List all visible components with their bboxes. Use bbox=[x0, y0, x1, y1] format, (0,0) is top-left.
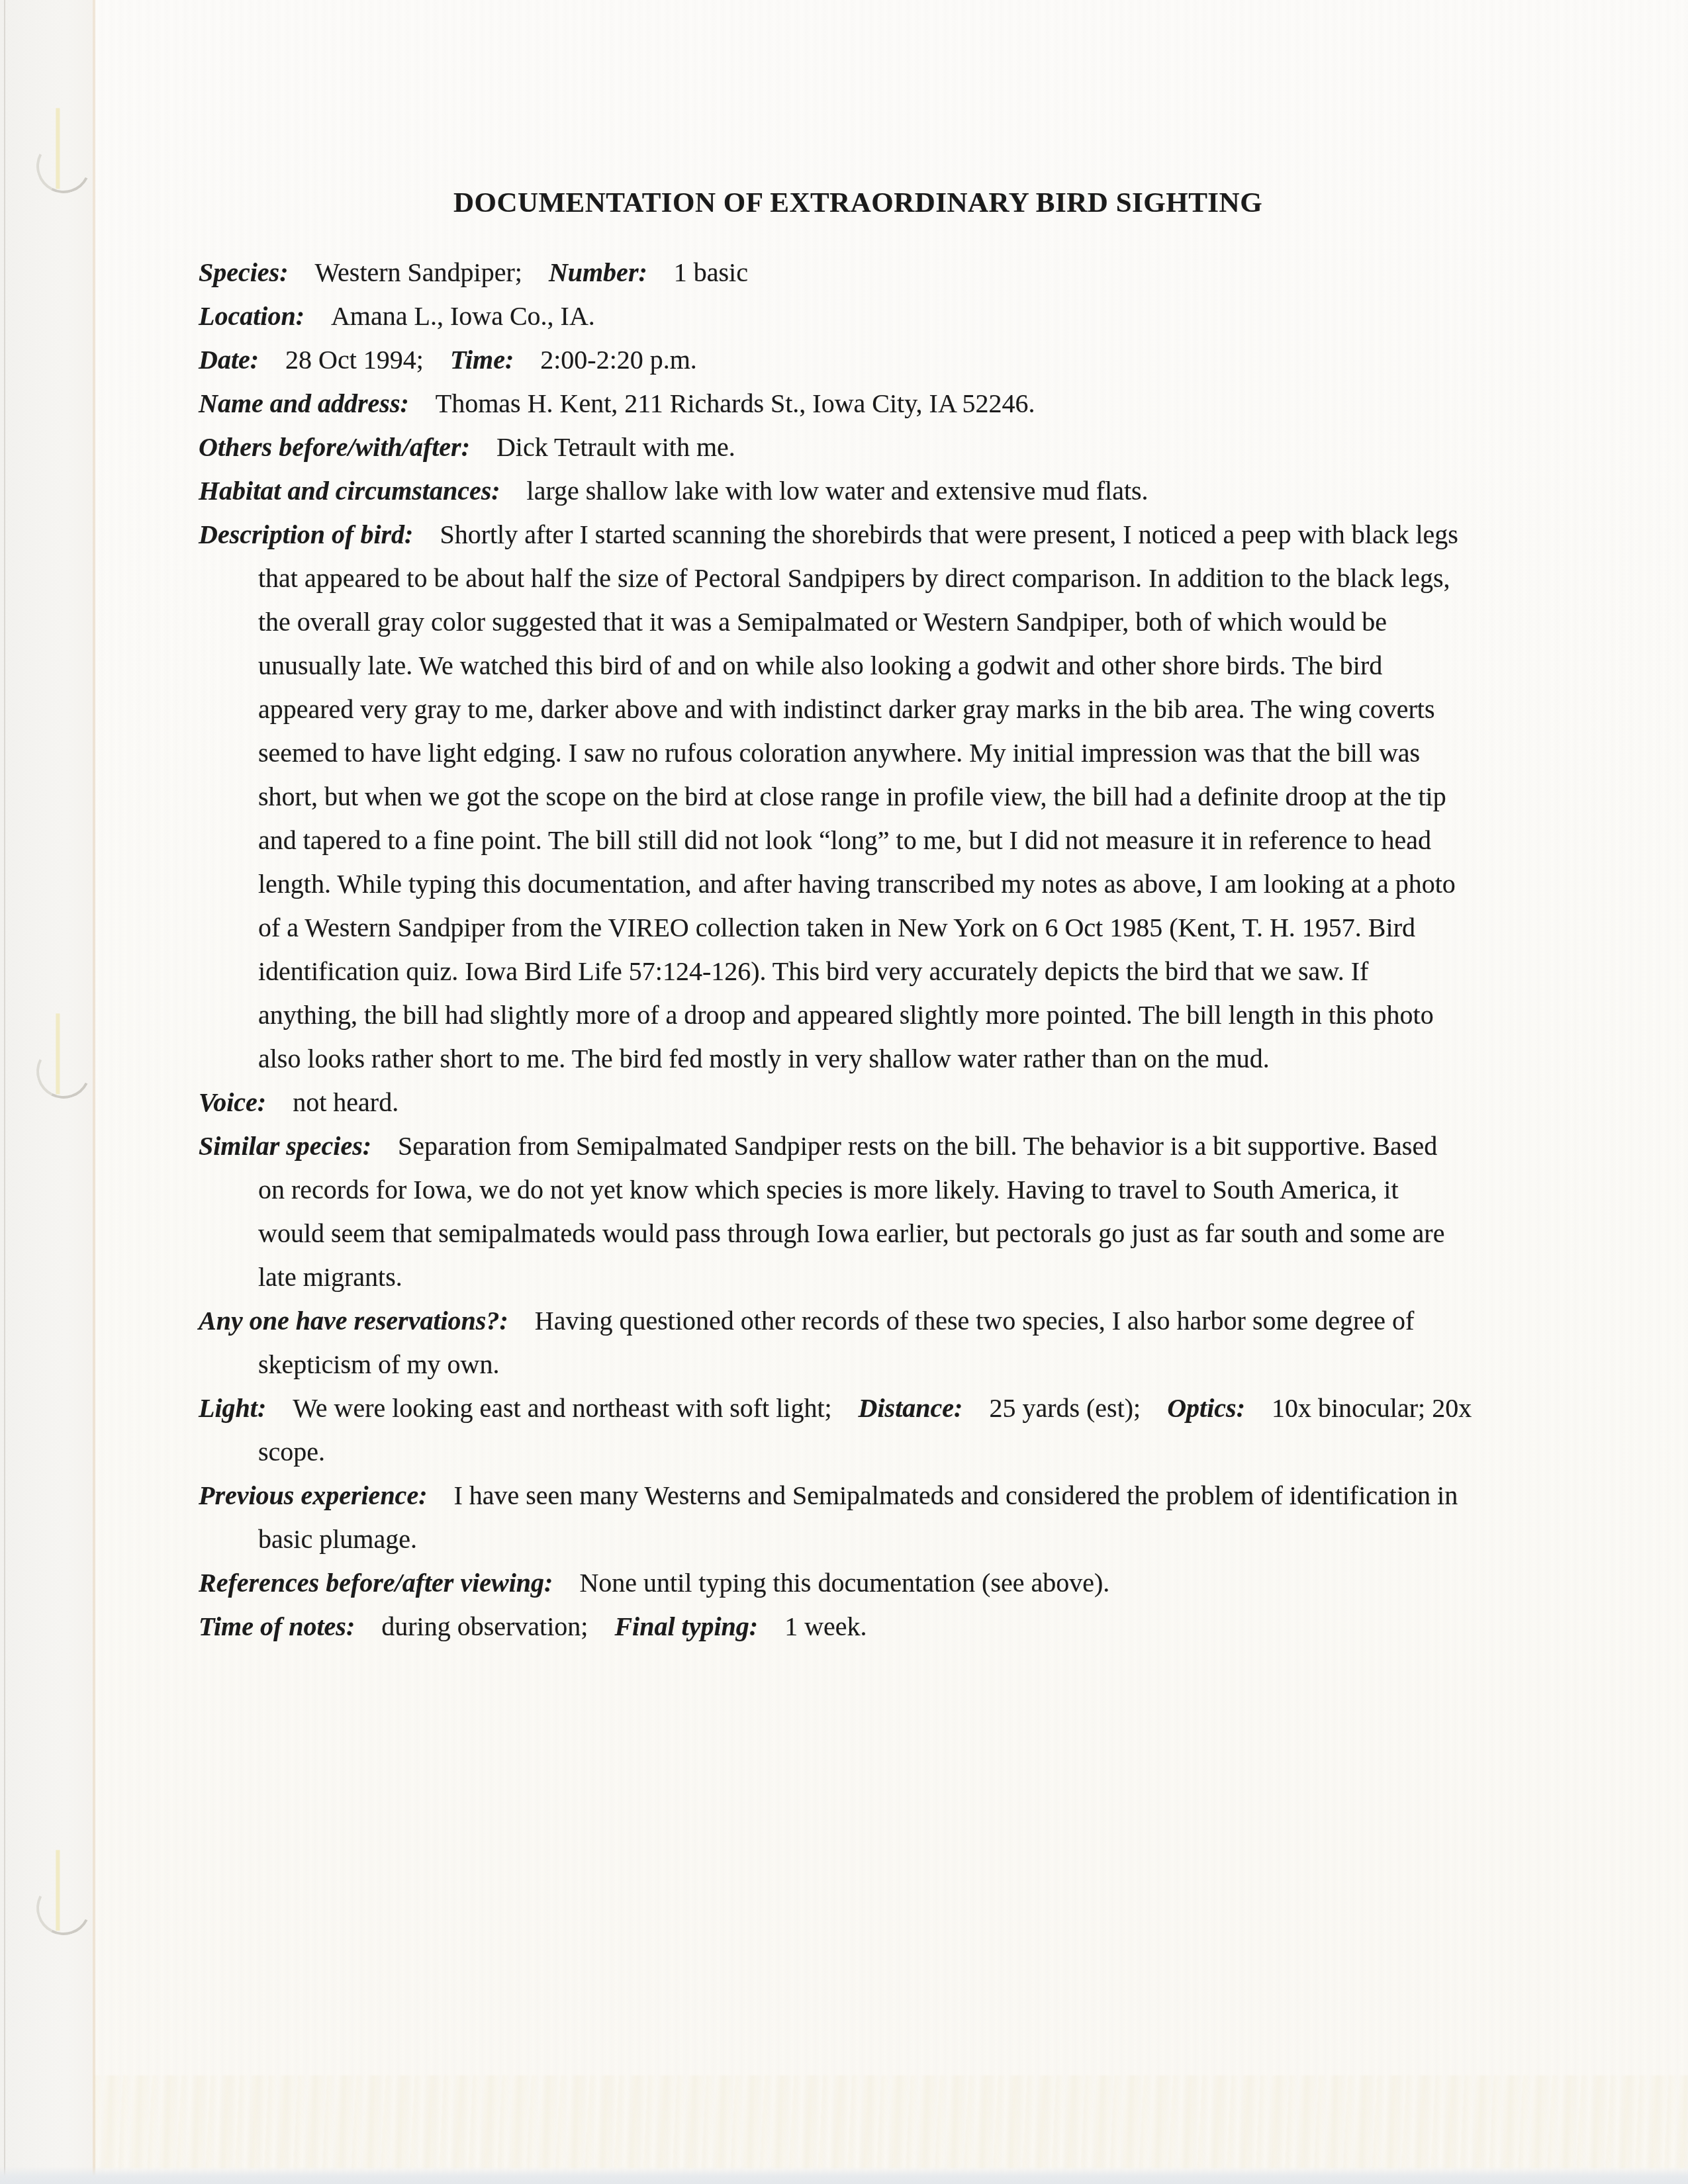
field-text: also looks rather short to me. The bird … bbox=[258, 1044, 1270, 1073]
text-line: Habitat and circumstances:large shallow … bbox=[199, 469, 1517, 513]
text-line: Any one have reservations?:Having questi… bbox=[199, 1299, 1517, 1343]
field: Date:28 Oct 1994;Time:2:00-2:20 p.m. bbox=[199, 338, 1517, 382]
field-text: during observation; bbox=[381, 1612, 588, 1641]
field-text: 1 week. bbox=[784, 1612, 867, 1641]
fields: Species:Western Sandpiper;Number:1 basic… bbox=[199, 251, 1517, 1649]
field-text: Thomas H. Kent, 211 Richards St., Iowa C… bbox=[436, 388, 1035, 418]
field-text: late migrants. bbox=[258, 1262, 402, 1292]
text-line: Previous experience:I have seen many Wes… bbox=[199, 1474, 1517, 1518]
field-text: and tapered to a fine point. The bill st… bbox=[258, 825, 1431, 855]
field-text: 1 basic bbox=[674, 257, 748, 287]
scan-edge-bottom bbox=[0, 2167, 1688, 2184]
text-line: length. While typing this documentation,… bbox=[199, 862, 1517, 906]
field-label: Time of notes: bbox=[199, 1612, 355, 1641]
field-label: Description of bird: bbox=[199, 520, 413, 549]
field-text: on records for Iowa, we do not yet know … bbox=[258, 1175, 1399, 1205]
field: Species:Western Sandpiper;Number:1 basic bbox=[199, 251, 1517, 295]
field-label: Number: bbox=[549, 257, 647, 287]
text-line: and tapered to a fine point. The bill st… bbox=[199, 819, 1517, 862]
text-line: identification quiz. Iowa Bird Life 57:1… bbox=[199, 950, 1517, 993]
field-label: Previous experience: bbox=[199, 1480, 427, 1510]
field-text: Dick Tetrault with me. bbox=[496, 432, 735, 462]
field-label: Name and address: bbox=[199, 388, 409, 418]
text-line: Location:Amana L., Iowa Co., IA. bbox=[199, 295, 1517, 338]
field-label: Time: bbox=[450, 345, 514, 375]
field: Any one have reservations?:Having questi… bbox=[199, 1299, 1517, 1387]
field: Description of bird:Shortly after I star… bbox=[199, 513, 1517, 1081]
field-label: Final typing: bbox=[614, 1612, 758, 1641]
scanned-page: DOCUMENTATION OF EXTRAORDINARY BIRD SIGH… bbox=[0, 0, 1688, 2184]
field-text: seemed to have light edging. I saw no ru… bbox=[258, 738, 1420, 768]
text-line: Others before/with/after:Dick Tetrault w… bbox=[199, 426, 1517, 469]
text-line: appeared very gray to me, darker above a… bbox=[199, 688, 1517, 731]
field-text: unusually late. We watched this bird of … bbox=[258, 651, 1382, 680]
text-line: basic plumage. bbox=[199, 1518, 1517, 1561]
text-line: Date:28 Oct 1994;Time:2:00-2:20 p.m. bbox=[199, 338, 1517, 382]
field-text: Amana L., Iowa Co., IA. bbox=[331, 301, 595, 331]
field-text: Western Sandpiper; bbox=[315, 257, 522, 287]
field-label: Species: bbox=[199, 257, 289, 287]
text-line: of a Western Sandpiper from the VIREO co… bbox=[199, 906, 1517, 950]
field-text: not heard. bbox=[293, 1087, 399, 1117]
field-text: would seem that semipalmateds would pass… bbox=[258, 1218, 1444, 1248]
field-label: References before/after viewing: bbox=[199, 1568, 553, 1598]
page-edge-line bbox=[93, 0, 95, 2184]
field-text: 2:00-2:20 p.m. bbox=[540, 345, 697, 375]
document-body: DOCUMENTATION OF EXTRAORDINARY BIRD SIGH… bbox=[199, 187, 1517, 1649]
text-line: Time of notes:during observation;Final t… bbox=[199, 1605, 1517, 1649]
text-line: that appeared to be about half the size … bbox=[199, 557, 1517, 600]
text-line: short, but when we got the scope on the … bbox=[199, 775, 1517, 819]
field-text: length. While typing this documentation,… bbox=[258, 869, 1456, 899]
field: Voice:not heard. bbox=[199, 1081, 1517, 1124]
field-text: of a Western Sandpiper from the VIREO co… bbox=[258, 913, 1415, 942]
text-line: Species:Western Sandpiper;Number:1 basic bbox=[199, 251, 1517, 295]
field-text: None until typing this documentation (se… bbox=[579, 1568, 1109, 1598]
text-line: Name and address:Thomas H. Kent, 211 Ric… bbox=[199, 382, 1517, 426]
field-text: I have seen many Westerns and Semipalmat… bbox=[453, 1480, 1458, 1510]
field-label: Voice: bbox=[199, 1087, 266, 1117]
field-text: Separation from Semipalmated Sandpiper r… bbox=[398, 1131, 1437, 1161]
field-text: 28 Oct 1994; bbox=[285, 345, 424, 375]
field-text: 25 yards (est); bbox=[989, 1393, 1141, 1423]
field-text: anything, the bill had slightly more of … bbox=[258, 1000, 1434, 1030]
field-label: Others before/with/after: bbox=[199, 432, 470, 462]
field: Light:We were looking east and northeast… bbox=[199, 1387, 1517, 1474]
field-text: short, but when we got the scope on the … bbox=[258, 782, 1446, 811]
field: Previous experience:I have seen many Wes… bbox=[199, 1474, 1517, 1561]
field-text: basic plumage. bbox=[258, 1524, 417, 1554]
field: Similar species:Separation from Semipalm… bbox=[199, 1124, 1517, 1299]
field-text: large shallow lake with low water and ex… bbox=[527, 476, 1149, 506]
scan-artifact-bottom bbox=[94, 2075, 1688, 2168]
text-line: scope. bbox=[199, 1430, 1517, 1474]
text-line: Voice:not heard. bbox=[199, 1081, 1517, 1124]
document-title: DOCUMENTATION OF EXTRAORDINARY BIRD SIGH… bbox=[199, 187, 1517, 220]
field-text: appeared very gray to me, darker above a… bbox=[258, 694, 1435, 724]
text-line: on records for Iowa, we do not yet know … bbox=[199, 1168, 1517, 1212]
field-label: Location: bbox=[199, 301, 305, 331]
text-line: Light:We were looking east and northeast… bbox=[199, 1387, 1517, 1430]
field-text: We were looking east and northeast with … bbox=[293, 1393, 831, 1423]
field-text: Shortly after I started scanning the sho… bbox=[440, 520, 1458, 549]
field-label: Similar species: bbox=[199, 1131, 371, 1161]
field-label: Optics: bbox=[1167, 1393, 1245, 1423]
field: Location:Amana L., Iowa Co., IA. bbox=[199, 295, 1517, 338]
field-text: that appeared to be about half the size … bbox=[258, 563, 1450, 593]
scan-edge-shadow-line bbox=[4, 0, 5, 2184]
field: Name and address:Thomas H. Kent, 211 Ric… bbox=[199, 382, 1517, 426]
text-line: References before/after viewing:None unt… bbox=[199, 1561, 1517, 1605]
field-label: Distance: bbox=[859, 1393, 963, 1423]
field-text: Having questioned other records of these… bbox=[535, 1306, 1414, 1336]
text-line: Description of bird:Shortly after I star… bbox=[199, 513, 1517, 557]
text-line: skepticism of my own. bbox=[199, 1343, 1517, 1387]
field-text: the overall gray color suggested that it… bbox=[258, 607, 1387, 637]
text-line: would seem that semipalmateds would pass… bbox=[199, 1212, 1517, 1255]
field-label: Light: bbox=[199, 1393, 266, 1423]
field: Habitat and circumstances:large shallow … bbox=[199, 469, 1517, 513]
text-line: also looks rather short to me. The bird … bbox=[199, 1037, 1517, 1081]
text-line: Similar species:Separation from Semipalm… bbox=[199, 1124, 1517, 1168]
text-line: late migrants. bbox=[199, 1255, 1517, 1299]
field-text: 10x binocular; 20x bbox=[1272, 1393, 1472, 1423]
text-line: seemed to have light edging. I saw no ru… bbox=[199, 731, 1517, 775]
text-line: anything, the bill had slightly more of … bbox=[199, 993, 1517, 1037]
field: References before/after viewing:None unt… bbox=[199, 1561, 1517, 1605]
field-label: Habitat and circumstances: bbox=[199, 476, 500, 506]
text-line: the overall gray color suggested that it… bbox=[199, 600, 1517, 644]
field: Time of notes:during observation;Final t… bbox=[199, 1605, 1517, 1649]
text-line: unusually late. We watched this bird of … bbox=[199, 644, 1517, 688]
field: Others before/with/after:Dick Tetrault w… bbox=[199, 426, 1517, 469]
field-text: identification quiz. Iowa Bird Life 57:1… bbox=[258, 956, 1368, 986]
field-text: skepticism of my own. bbox=[258, 1349, 499, 1379]
field-text: scope. bbox=[258, 1437, 325, 1467]
field-label: Any one have reservations?: bbox=[199, 1306, 508, 1336]
field-label: Date: bbox=[199, 345, 259, 375]
